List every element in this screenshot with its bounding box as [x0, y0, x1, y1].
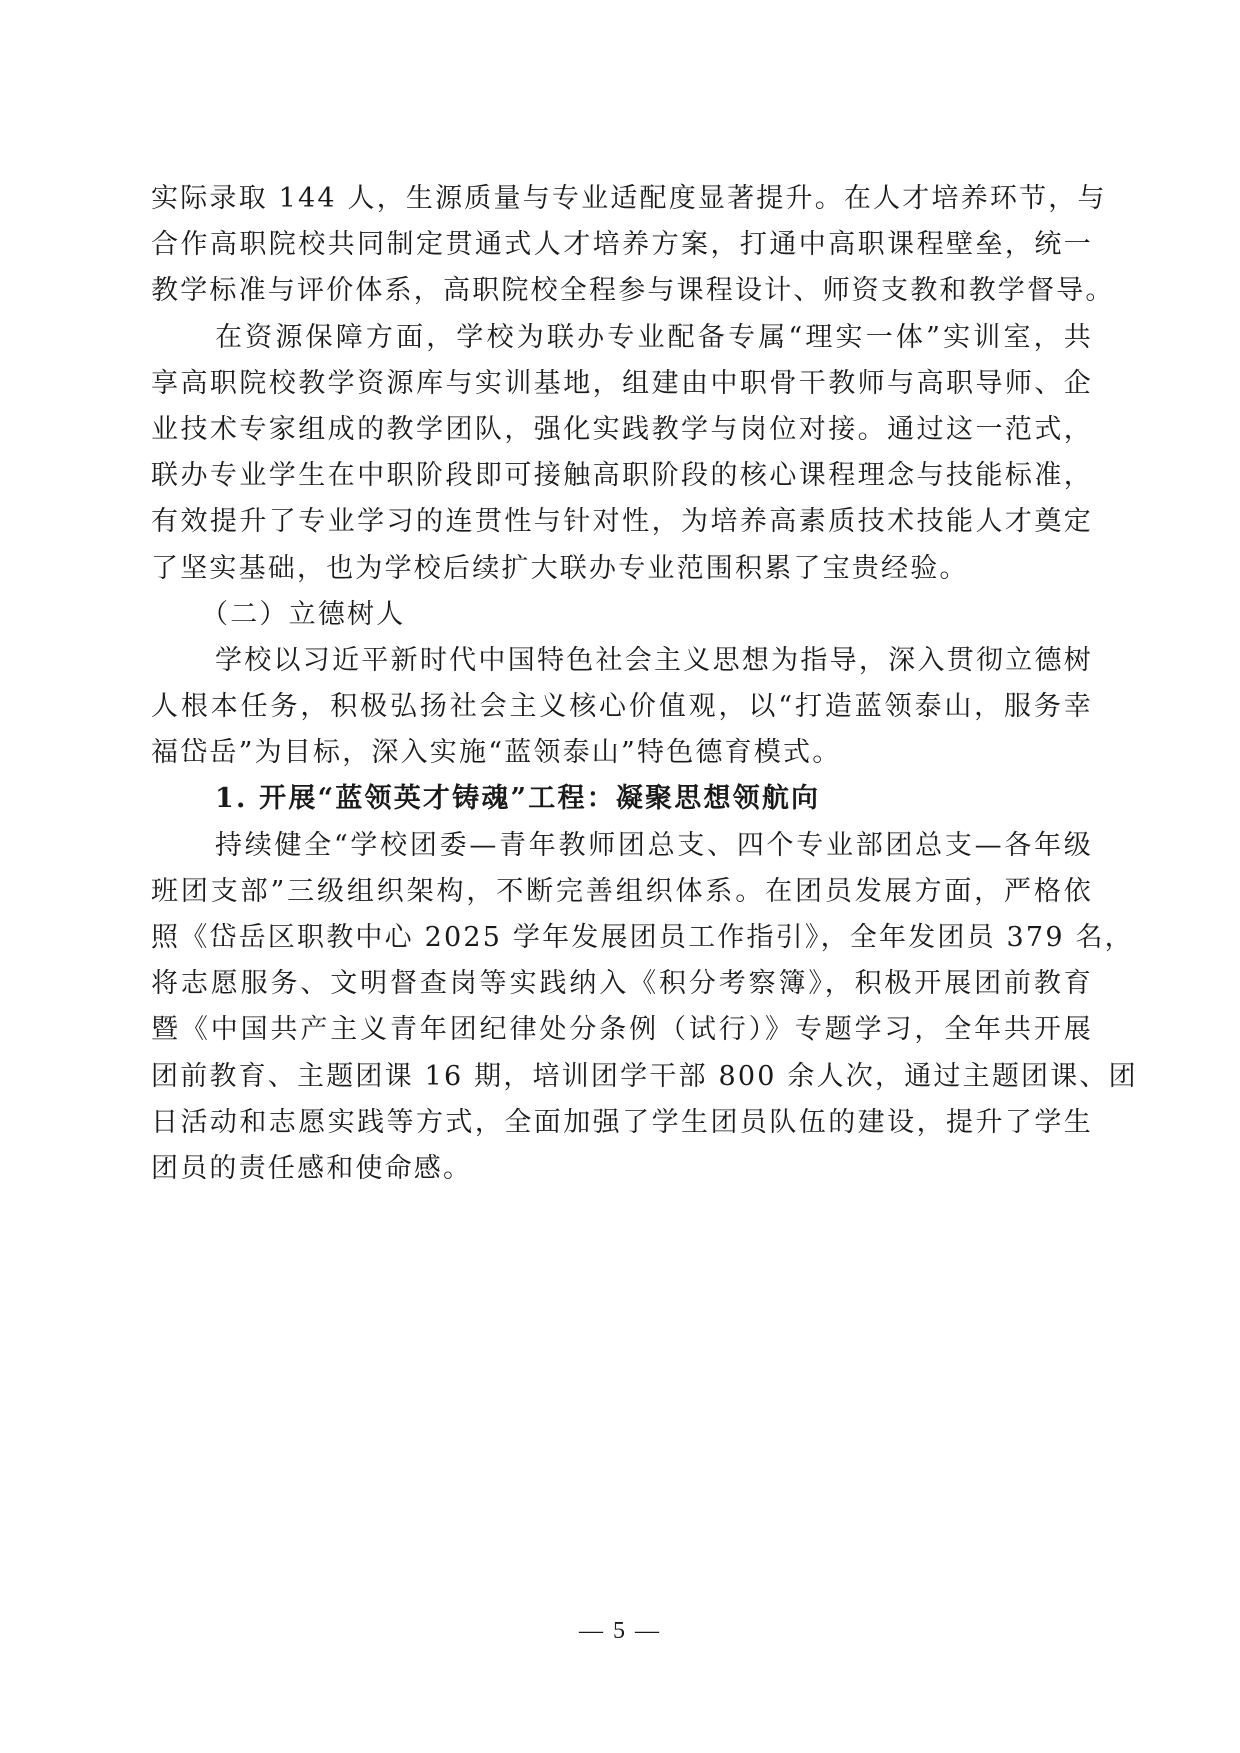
text-line: 暨《中国共产主义青年团纪律处分条例（试行）》专题学习，全年共开展	[151, 1007, 1093, 1053]
text-line: 合作高职院校共同制定贯通式人才培养方案，打通中高职课程壁垒，统一	[151, 222, 1093, 268]
text-line: 人根本任务，积极弘扬社会主义核心价值观，以“打造蓝领泰山，服务幸	[151, 684, 1093, 730]
text-line: 照《岱岳区职教中心 2025 学年发展团员工作指引》，全年发团员 379 名，	[151, 915, 1093, 961]
subsection-heading: 1. 开展“蓝领英才铸魂”工程：凝聚思想领航向	[151, 776, 1093, 822]
text-line: 持续健全“学校团委—青年教师团总支、四个专业部团总支—各年级	[151, 823, 1093, 869]
text-line: 实际录取 144 人，生源质量与专业适配度显著提升。在人才培养环节，与	[151, 176, 1093, 222]
text-line: 团员的责任感和使命感。	[151, 1146, 1093, 1192]
text-line: 业技术专家组成的教学团队，强化实践教学与岗位对接。通过这一范式，	[151, 407, 1093, 453]
text-line: 教学标准与评价体系，高职院校全程参与课程设计、师资支教和教学督导。	[151, 268, 1093, 314]
text-line: 联办专业学生在中职阶段即可接触高职阶段的核心课程理念与技能标准，	[151, 453, 1093, 499]
text-line: 有效提升了专业学习的连贯性与针对性，为培养高素质技术技能人才奠定	[151, 499, 1093, 545]
text-line: 了坚实基础，也为学校后续扩大联办专业范围积累了宝贵经验。	[151, 546, 1093, 592]
document-page: 实际录取 144 人，生源质量与专业适配度显著提升。在人才培养环节，与 合作高职…	[0, 0, 1240, 1753]
text-line: 将志愿服务、文明督查岗等实践纳入《积分考察簿》，积极开展团前教育	[151, 961, 1093, 1007]
text-line: 团前教育、主题团课 16 期，培训团学干部 800 余人次，通过主题团课、团	[151, 1054, 1093, 1100]
text-line: 学校以习近平新时代中国特色社会主义思想为指导，深入贯彻立德树	[151, 638, 1093, 684]
page-number: — 5 —	[0, 1618, 1240, 1645]
text-line: 福岱岳”为目标，深入实施“蓝领泰山”特色德育模式。	[151, 730, 1093, 776]
text-line: 在资源保障方面，学校为联办专业配备专属“理实一体”实训室，共	[151, 315, 1093, 361]
section-heading: （二）立德树人	[151, 592, 1093, 638]
text-line: 享高职院校教学资源库与实训基地，组建由中职骨干教师与高职导师、企	[151, 361, 1093, 407]
document-body: 实际录取 144 人，生源质量与专业适配度显著提升。在人才培养环节，与 合作高职…	[151, 176, 1093, 1192]
text-line: 日活动和志愿实践等方式，全面加强了学生团员队伍的建设，提升了学生	[151, 1100, 1093, 1146]
text-line: 班团支部”三级组织架构，不断完善组织体系。在团员发展方面，严格依	[151, 869, 1093, 915]
